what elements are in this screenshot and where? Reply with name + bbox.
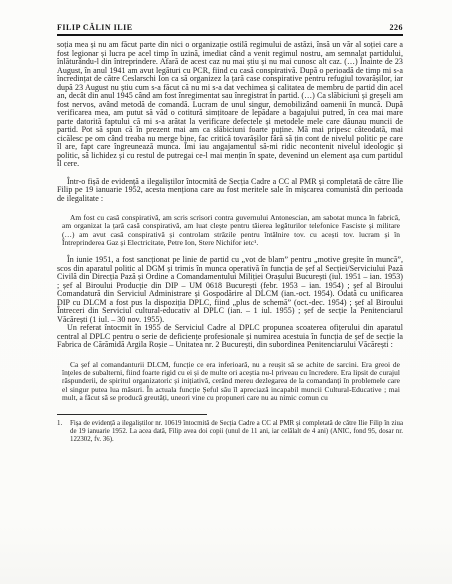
footnote-text: Fișa de evidență a ilegaliștilor nr. 106… [70,420,403,443]
quote-continuation-paragraph: soția mea și nu am făcut parte din nici … [57,41,403,169]
book-page: FILIP CĂLIN ILIE 226 soția mea și nu am … [0,0,452,584]
page-number: 226 [390,23,404,32]
blockquote-referat: Ca șef al comandanturii DLCM, funcție ce… [62,361,400,402]
page-content: FILIP CĂLIN ILIE 226 soția mea și nu am … [57,23,403,443]
footnote-marker: 1. [57,420,70,443]
running-header: FILIP CĂLIN ILIE 226 [57,23,403,36]
career-paragraph: În iunie 1951, a fost sancționat pe lini… [57,256,403,324]
footnote-separator [57,414,207,415]
footnote: 1. Fișa de evidență a ilegaliștilor nr. … [57,420,403,443]
referat-paragraph: Un referat întocmit în 1955 de Serviciul… [57,324,403,350]
running-header-title: FILIP CĂLIN ILIE [57,23,133,32]
blockquote-merits: Am fost cu casă conspirativă, am scris s… [62,214,400,247]
intro-paragraph: Într-o fișă de evidență a ilegaliștilor … [57,178,403,204]
